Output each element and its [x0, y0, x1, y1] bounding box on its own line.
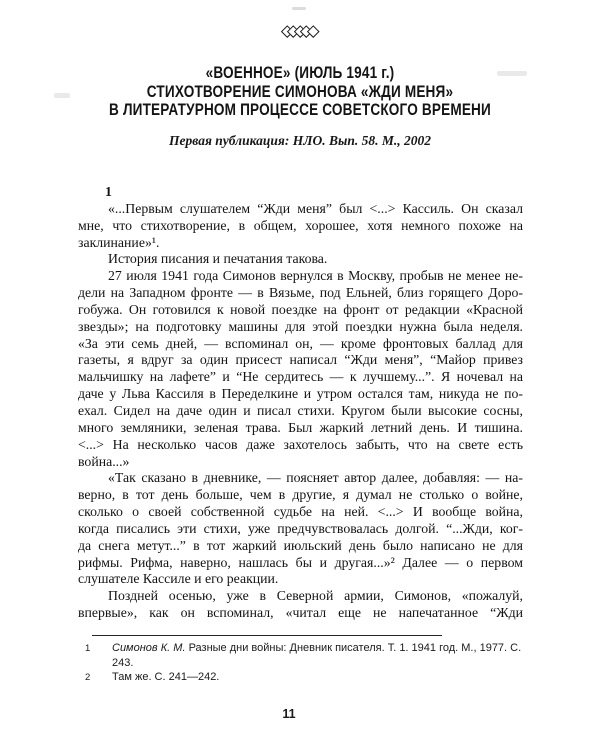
body-line: сколько о своей собственной судьбе на не… [78, 504, 523, 521]
body-line: война...» [78, 454, 523, 471]
body-line: Поздней осенью, уже в Северной армии, Си… [78, 588, 523, 605]
body-line: гобужа. Он готовился к новой поездке на … [78, 302, 523, 319]
body-line: верно, в тот день больше, чем в другие, … [78, 487, 523, 504]
body-line: много земляники, зеленая трава. Был жарк… [78, 420, 523, 437]
footnote-list: 1Симонов К. М. Разные дни войны: Дневник… [78, 641, 538, 685]
body-line: История писания и печатания такова. [78, 251, 523, 268]
chapter-title-line: «ВОЕННОЕ» (ИЮЛЬ 1941 г.) [60, 64, 540, 83]
body-line: мальчишку на лафете” и “Не сердитесь — к… [78, 369, 523, 386]
body-line: заклинание»¹. [78, 235, 523, 252]
body-line: когда писались эти стихи, уже предчувств… [78, 521, 523, 538]
footnote-divider [92, 635, 442, 636]
footnote-text: Там же. С. 241—242. [112, 670, 219, 685]
body-line: дели на Западном фронте — в Вязьме, под … [78, 285, 523, 302]
body-text: 1 «...Первым слушателем “Жди меня” был <… [78, 184, 523, 622]
diamond-ornament [0, 27, 600, 36]
body-line: звезды»; на подготовку машины для этой п… [78, 319, 523, 336]
body-line: слушателе Кассиле и его реакции. [78, 571, 523, 588]
footnote-text: Симонов К. М. Разные дни войны: Дневник … [112, 641, 538, 670]
body-line: 27 июля 1941 года Симонов вернулся в Мос… [78, 268, 523, 285]
body-line: «...Первым слушателем “Жди меня” был <..… [78, 201, 523, 218]
chapter-title: «ВОЕННОЕ» (ИЮЛЬ 1941 г.) СТИХОТВОРЕНИЕ С… [0, 64, 600, 120]
footnote: 2Там же. С. 241—242. [78, 670, 538, 685]
scan-artifact [292, 7, 306, 10]
body-line: «За эти семь дней, — вспоминал он, — кро… [78, 336, 523, 353]
body-line: газеты, я вдруг за один присест написал … [78, 352, 523, 369]
body-line: впервые», как он вспоминал, «читал еще н… [78, 605, 523, 622]
body-paragraphs: «...Первым слушателем “Жди меня” был <..… [78, 201, 523, 622]
body-line: <...> На несколько часов даже захотелось… [78, 437, 523, 454]
body-line: да снега метут...” в тот жаркий июльский… [78, 538, 523, 555]
footnote-marker: 2 [78, 670, 112, 685]
chapter-title-line: СТИХОТВОРЕНИЕ СИМОНОВА «ЖДИ МЕНЯ» [60, 83, 540, 102]
chapter-title-line: В ЛИТЕРАТУРНОМ ПРОЦЕССЕ СОВЕТСКОГО ВРЕМЕ… [60, 101, 540, 120]
footnote: 1Симонов К. М. Разные дни войны: Дневник… [78, 641, 538, 670]
body-line: ехал. Сидел на даче один и писал стихи. … [78, 403, 523, 420]
body-line: мне, что стихотворение, в общем, хорошее… [78, 218, 523, 235]
body-line: «Так сказано в дневнике, — поясняет авто… [78, 470, 523, 487]
footnote-author: Симонов К. М. [112, 642, 189, 654]
section-number: 1 [78, 184, 523, 201]
footnote-marker: 1 [78, 641, 112, 656]
body-line: даче у Льва Кассиля в Переделкине и утро… [78, 386, 523, 403]
body-line: рифмы. Рифма, наверно, нашлась бы и друг… [78, 555, 523, 572]
page-number: 11 [0, 707, 578, 721]
first-publication-note: Первая публикация: НЛО. Вып. 58. М., 200… [0, 133, 600, 149]
book-page: «ВОЕННОЕ» (ИЮЛЬ 1941 г.) СТИХОТВОРЕНИЕ С… [0, 0, 600, 750]
